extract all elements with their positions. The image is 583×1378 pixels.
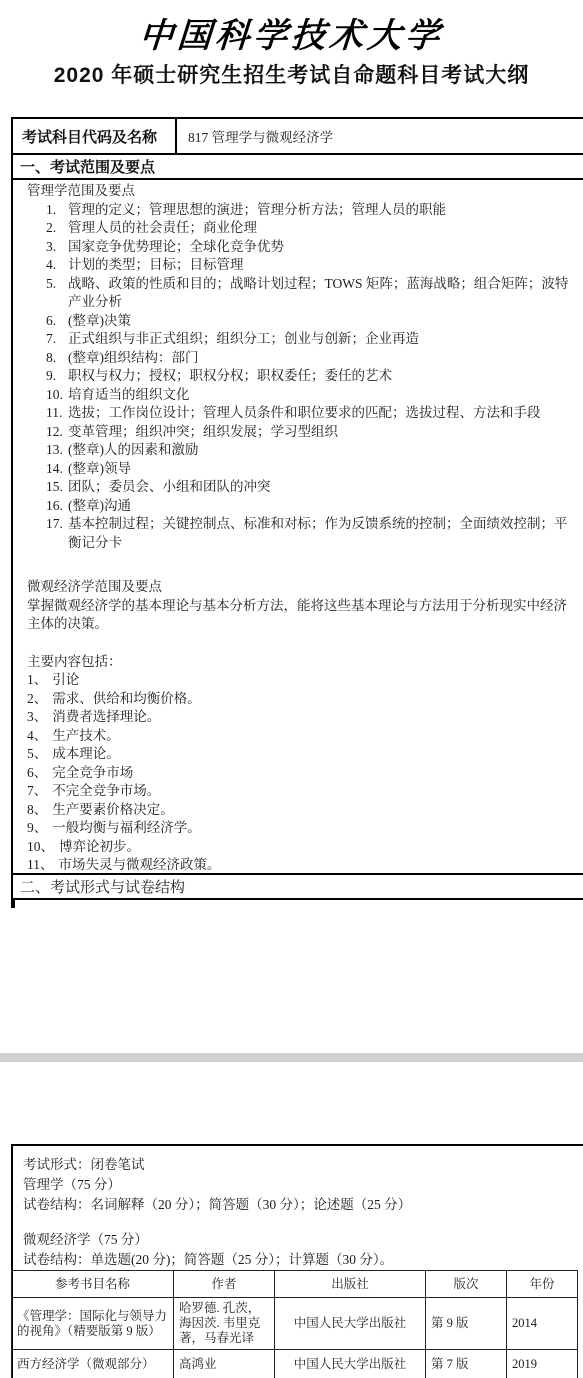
list-item-text: 成本理论。 [52, 745, 571, 764]
subject-code-label: 考试科目代码及名称 [13, 119, 177, 153]
list-item-number: 6、 [27, 764, 47, 783]
list-item-text: (整章)组织结构：部门 [68, 349, 571, 368]
list-item-text: 市场失灵与微观经济政策。 [59, 856, 572, 875]
micro-scope-intro: 掌握微观经济学的基本理论与基本分析方法，能将这些基本理论与方法用于分析现实中经济… [27, 597, 571, 634]
list-item: 4、 生产技术。 [27, 727, 571, 746]
list-item: 14. (整章)领导 [46, 460, 571, 479]
list-item-text: 国家竞争优势理论；全球化竞争优势 [68, 238, 571, 257]
list-item: 9、 一般均衡与福利经济学。 [27, 819, 571, 838]
column-header-year: 年份 [507, 1271, 577, 1297]
micro-list-heading: 主要内容包括： [27, 653, 571, 672]
list-item: 1. 管理的定义；管理思想的演进；管理分析方法；管理人员的职能 [46, 201, 571, 220]
list-item: 15. 团队；委员会、小组和团队的冲突 [46, 478, 571, 497]
cell-author: 哈罗德. 孔茨，海因茨. 韦里克著，马春光译 [174, 1297, 275, 1349]
list-item-text: 管理的定义；管理思想的演进；管理分析方法；管理人员的职能 [68, 201, 571, 220]
micro-topic-list: 1、 引论 2、 需求、供给和均衡价格。 3、 消费者选择理论。 4、 [27, 671, 571, 875]
list-item: 6. (整章)决策 [46, 312, 571, 331]
reference-table-body: 《管理学：国际化与领导力的视角》（精要版第 9 版） 哈罗德. 孔茨，海因茨. … [12, 1297, 577, 1378]
table-row: 西方经济学（微观部分） 高鸿业 中国人民大学出版社 第 7 版 2019 [12, 1349, 577, 1378]
list-item-text: (整章)领导 [68, 460, 571, 479]
list-item-number: 17. [46, 515, 68, 552]
list-item-text: 博弈论初步。 [59, 838, 571, 857]
list-item: 2、 需求、供给和均衡价格。 [27, 690, 571, 709]
list-item: 7、 不完全竞争市场。 [27, 782, 571, 801]
exam-scope-table: 考试科目代码及名称 817 管理学与微观经济学 一、考试范围及要点 管理学范围及… [11, 117, 583, 908]
list-item-number: 15. [46, 478, 68, 497]
list-item: 4. 计划的类型；目标；目标管理 [46, 256, 571, 275]
list-item-text: 需求、供给和均衡价格。 [52, 690, 571, 709]
list-item-number: 11、 [27, 856, 54, 875]
list-item-number: 9、 [27, 819, 47, 838]
list-item-text: 引论 [52, 671, 571, 690]
list-item-text: 不完全竞争市场。 [52, 782, 571, 801]
list-item-number: 7、 [27, 782, 47, 801]
cell-publisher: 中国人民大学出版社 [275, 1349, 426, 1378]
list-item: 17. 基本控制过程；关键控制点、标准和对标；作为反馈系统的控制；全面绩效控制；… [46, 515, 571, 552]
list-item-text: (整章)决策 [68, 312, 571, 331]
list-item-text: 一般均衡与福利经济学。 [52, 819, 571, 838]
list-item: 8、 生产要素价格决定。 [27, 801, 571, 820]
cell-publisher: 中国人民大学出版社 [275, 1297, 426, 1349]
spacer [27, 634, 571, 653]
list-item-text: 选拔；工作岗位设计；管理人员条件和职位要求的匹配；选拔过程、方法和手段 [68, 404, 571, 423]
list-item-number: 4. [46, 256, 68, 275]
list-item-number: 10. [46, 386, 68, 405]
list-item: 13. (整章)人的因素和激励 [46, 441, 571, 460]
list-item-text: 正式组织与非正式组织；组织分工；创业与创新；企业再造 [68, 330, 571, 349]
cell-year: 2019 [507, 1349, 577, 1378]
list-item-number: 3. [46, 238, 68, 257]
list-item-text: 职权与权力；授权；职权分权；职权委任；委任的艺术 [68, 367, 571, 386]
cell-author: 高鸿业 [174, 1349, 275, 1378]
list-item-text: 管理人员的社会责任；商业伦理 [68, 219, 571, 238]
list-item: 7. 正式组织与非正式组织；组织分工；创业与创新；企业再造 [46, 330, 571, 349]
list-item: 9. 职权与权力；授权；职权分权；职权委任；委任的艺术 [46, 367, 571, 386]
subject-code-value: 817 管理学与微观经济学 [177, 119, 583, 153]
ustc-calligraphy-logo: 中国科学技术大学 [0, 8, 583, 57]
exam-format-line: 试卷结构：名词解释（20 分）；简答题（30 分）；论述题（25 分） [23, 1193, 583, 1213]
column-header-publisher: 出版社 [275, 1271, 426, 1297]
table-border-stub [13, 900, 15, 908]
list-item-text: 变革管理；组织冲突；组织发展；学习型组织 [68, 423, 571, 442]
column-header-author: 作者 [174, 1271, 275, 1297]
cell-book-name: 《管理学：国际化与领导力的视角》（精要版第 9 版） [12, 1297, 174, 1349]
list-item-number: 7. [46, 330, 68, 349]
list-item-number: 16. [46, 497, 68, 516]
list-item: 16. (整章)沟通 [46, 497, 571, 516]
list-item-text: 战略、政策的性质和目的；战略计划过程；TOWS 矩阵；蓝海战略；组合矩阵；波特产… [68, 275, 571, 312]
list-item-number: 3、 [27, 708, 47, 727]
column-header-edition: 版次 [426, 1271, 507, 1297]
list-item-text: 完全竞争市场 [52, 764, 571, 783]
list-item-number: 10、 [27, 838, 54, 857]
list-item-number: 9. [46, 367, 68, 386]
list-item: 6、 完全竞争市场 [27, 764, 571, 783]
list-item: 8. (整章)组织结构：部门 [46, 349, 571, 368]
list-item: 3、 消费者选择理论。 [27, 708, 571, 727]
cell-book-name: 西方经济学（微观部分） [12, 1349, 174, 1378]
list-item: 2. 管理人员的社会责任；商业伦理 [46, 219, 571, 238]
exam-format-line: 管理学（75 分） [23, 1173, 583, 1193]
management-scope-heading: 管理学范围及要点 [27, 182, 571, 201]
list-item: 10. 培育适当的组织文化 [46, 386, 571, 405]
list-item: 1、 引论 [27, 671, 571, 690]
cell-edition: 第 9 版 [426, 1297, 507, 1349]
syllabus-document: 中国科学技术大学 2020 年硕士研究生招生考试自命题科目考试大纲 考试科目代码… [0, 0, 583, 1378]
exam-format-line: 试卷结构：单选题(20 分)；简答题（25 分）；计算题（30 分）。 [23, 1248, 583, 1268]
list-item-number: 1、 [27, 671, 47, 690]
column-header-book-name: 参考书目名称 [12, 1271, 174, 1297]
list-item: 3. 国家竞争优势理论；全球化竞争优势 [46, 238, 571, 257]
list-item-number: 8、 [27, 801, 47, 820]
list-item-text: 团队；委员会、小组和团队的冲突 [68, 478, 571, 497]
exam-format-line: 微观经济学（75 分） [23, 1228, 583, 1248]
management-topic-list: 1. 管理的定义；管理思想的演进；管理分析方法；管理人员的职能 2. 管理人员的… [46, 201, 571, 553]
list-item-number: 1. [46, 201, 68, 220]
spacer [27, 552, 571, 578]
list-item-number: 8. [46, 349, 68, 368]
section-1-heading: 一、考试范围及要点 [13, 155, 583, 180]
reference-books-table: 参考书目名称 作者 出版社 版次 年份 《管理学：国际化与领导力的视角》（精要版… [11, 1270, 578, 1378]
list-item-text: (整章)人的因素和激励 [68, 441, 571, 460]
list-item-number: 4、 [27, 727, 47, 746]
subject-code-row: 考试科目代码及名称 817 管理学与微观经济学 [13, 119, 583, 155]
list-item-number: 5、 [27, 745, 47, 764]
section-2-heading: 二、考试形式与试卷结构 [13, 875, 583, 900]
exam-format-lines: 考试形式：闭卷笔试 管理学（75 分） 试卷结构：名词解释（20 分）；简答题（… [13, 1146, 583, 1268]
list-item: 5、 成本理论。 [27, 745, 571, 764]
cell-year: 2014 [507, 1297, 577, 1349]
list-item-number: 6. [46, 312, 68, 331]
list-item-number: 12. [46, 423, 68, 442]
list-item-number: 14. [46, 460, 68, 479]
list-item-text: 生产技术。 [52, 727, 571, 746]
list-item-number: 11. [46, 404, 68, 423]
list-item-number: 13. [46, 441, 68, 460]
micro-scope-heading: 微观经济学范围及要点 [27, 578, 571, 597]
table-row: 《管理学：国际化与领导力的视角》（精要版第 9 版） 哈罗德. 孔茨，海因茨. … [12, 1297, 577, 1349]
list-item: 5. 战略、政策的性质和目的；战略计划过程；TOWS 矩阵；蓝海战略；组合矩阵；… [46, 275, 571, 312]
list-item-text: 计划的类型；目标；目标管理 [68, 256, 571, 275]
exam-scope-content: 管理学范围及要点 1. 管理的定义；管理思想的演进；管理分析方法；管理人员的职能… [13, 180, 583, 875]
list-item-text: 生产要素价格决定。 [52, 801, 571, 820]
page-gap-separator [0, 1053, 583, 1062]
list-item: 11、 市场失灵与微观经济政策。 [27, 856, 571, 875]
list-item-number: 2. [46, 219, 68, 238]
list-item-text: 基本控制过程；关键控制点、标准和对标；作为反馈系统的控制；全面绩效控制；平衡记分… [68, 515, 571, 552]
list-item-number: 5. [46, 275, 68, 312]
list-item-text: (整章)沟通 [68, 497, 571, 516]
list-item-text: 消费者选择理论。 [52, 708, 571, 727]
cell-edition: 第 7 版 [426, 1349, 507, 1378]
list-item-text: 培育适当的组织文化 [68, 386, 571, 405]
list-item-number: 2、 [27, 690, 47, 709]
document-title: 2020 年硕士研究生招生考试自命题科目考试大纲 [0, 59, 583, 89]
exam-format-line [23, 1213, 583, 1228]
list-item: 11. 选拔；工作岗位设计；管理人员条件和职位要求的匹配；选拔过程、方法和手段 [46, 404, 571, 423]
reference-table-header-row: 参考书目名称 作者 出版社 版次 年份 [12, 1271, 577, 1297]
list-item: 10、 博弈论初步。 [27, 838, 571, 857]
exam-format-line: 考试形式：闭卷笔试 [23, 1153, 583, 1173]
list-item: 12. 变革管理；组织冲突；组织发展；学习型组织 [46, 423, 571, 442]
